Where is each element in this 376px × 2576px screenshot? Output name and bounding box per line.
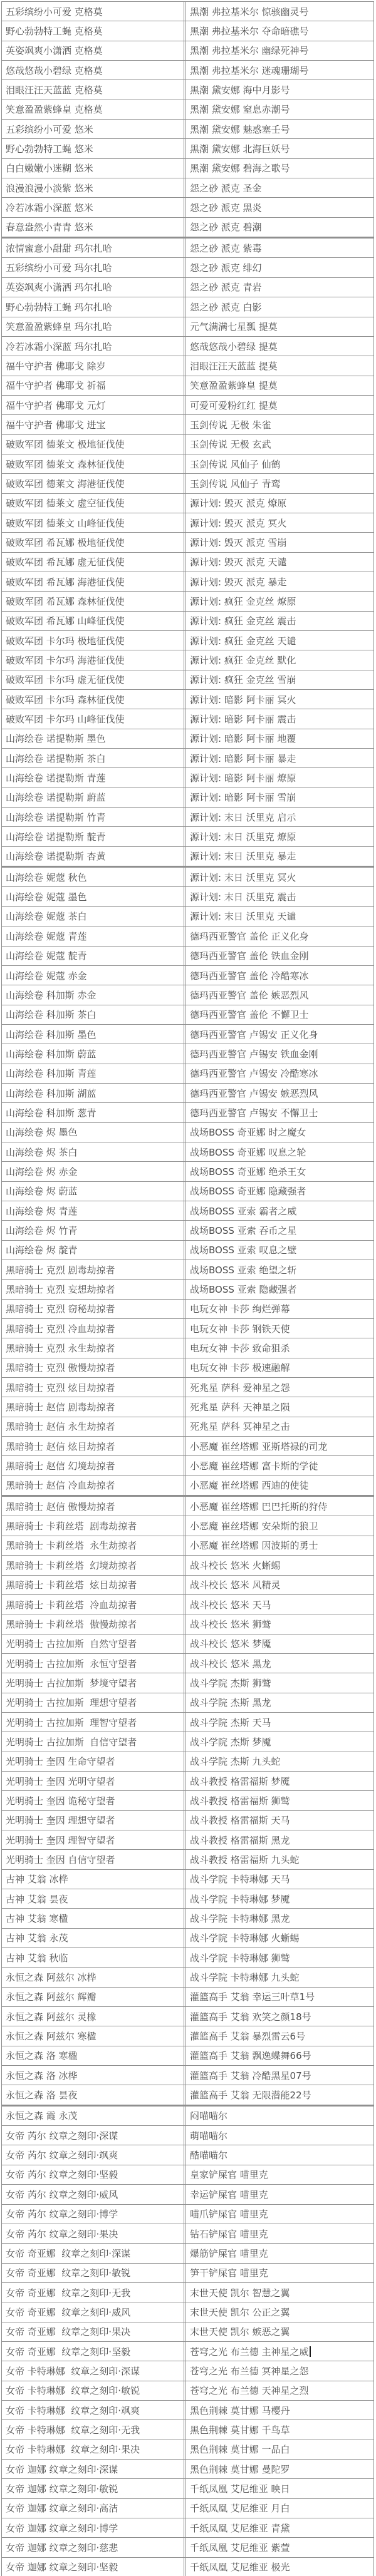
left-name-cell[interactable]: 破败军团 希瓦娜 海港征伐使	[1, 572, 184, 591]
left-name-cell[interactable]: 女帝 迦娜 纹章之刻印·慈悲	[1, 2538, 184, 2557]
left-name-cell[interactable]: 山海绘卷 妮蔻 秋色	[1, 868, 184, 886]
right-name-cell[interactable]: 源计划: 末日 沃里克 暴走	[185, 847, 374, 866]
left-name-cell[interactable]: 黑暗骑士 卡莉丝塔 永生劫掠者	[1, 1536, 184, 1555]
right-name-cell[interactable]: 战斗校长 悠米 黑龙	[185, 1654, 374, 1673]
right-name-cell[interactable]: 战斗教授 格雷福斯 狮鹫	[185, 1791, 374, 1810]
left-name-cell[interactable]: 女帝 芮尔 纹章之刻印·威风	[1, 2185, 184, 2204]
left-name-cell[interactable]: 黑暗骑士 卡莉丝塔 冷血劫掠者	[1, 1595, 184, 1614]
table-row: 破败军团 卡尔玛 虚无征伐使源计划: 疯狂 金克丝 雪崩	[1, 670, 374, 690]
right-name-cell[interactable]: 电玩女神 卡莎 致命狙杀	[185, 1338, 374, 1357]
left-name-cell[interactable]: 永恒之森 洛 寒楹	[1, 2046, 184, 2065]
right-name-cell[interactable]: 黑色荆棘 莫甘娜 马樱丹	[185, 2401, 374, 2419]
table-row: 女帝 迦娜 纹章之刻印·博学千纸凤凰 艾尼维亚 青黛	[1, 2518, 374, 2538]
right-name-cell[interactable]: 源计划: 暗影 阿卡丽 震击	[185, 709, 374, 728]
left-name-cell[interactable]: 福牛守护者 佛耶戈 祈福	[1, 376, 184, 395]
right-name-cell[interactable]: 怨之砂 派克 绯幻	[185, 258, 374, 277]
left-name-cell[interactable]: 山海绘卷 科加斯 湖蓝	[1, 1084, 184, 1102]
right-name-cell[interactable]: 千纸凤凰 艾尼维亚 月白	[185, 2499, 374, 2518]
left-name-cell[interactable]: 永恒之森 阿兹尔 寒楹	[1, 2026, 184, 2045]
table-row: 悠哉悠哉小碧绿 克格莫黑潮 弗拉基米尔 迷魂珊瑚号	[1, 61, 374, 80]
right-name-cell[interactable]: 德玛西亚警官 卢锡安 冷酷寒冰	[185, 1064, 374, 1083]
left-name-cell[interactable]: 光明骑士 古拉加斯 理想守望者	[1, 1693, 184, 1712]
left-name-cell[interactable]: 光明骑士 古拉加斯 理智守望者	[1, 1713, 184, 1732]
right-name-cell[interactable]: 怨之砂 派克 白影	[185, 297, 374, 316]
left-name-cell[interactable]: 女帝 迦娜 纹章之刻印·高洁	[1, 2499, 184, 2518]
left-name-cell[interactable]: 山海绘卷 科加斯 葱青	[1, 1103, 184, 1122]
right-name-cell[interactable]: 小恶魔 崔丝塔娜 因波斯的勇士	[185, 1536, 374, 1555]
right-name-cell[interactable]: 笋干铲屎官 喵里克	[185, 2264, 374, 2282]
right-name-cell[interactable]: 战场BOSS 奇亚娜 叹息之轮	[185, 1142, 374, 1161]
left-name-cell[interactable]: 五彩缤纷小可爱 玛尔扎哈	[1, 258, 184, 277]
right-name-cell[interactable]: 战斗学院 杰斯 黑龙	[185, 1693, 374, 1712]
right-name-cell[interactable]: 战斗学院 卡特琳娜 黑龙	[185, 1909, 374, 1927]
left-name-cell[interactable]: 浪漫浪漫小淡紫 悠米	[1, 178, 184, 197]
left-name-cell[interactable]: 山海绘卷 诺提勒斯 杏黄	[1, 847, 184, 866]
right-name-cell[interactable]: 德玛西亚警官 盖伦 不懈卫士	[185, 1005, 374, 1024]
left-name-cell[interactable]: 女帝 卡特琳娜 纹章之刻印·敏锐	[1, 2381, 184, 2400]
left-name-cell[interactable]: 女帝 卡特琳娜 纹章之刻印·飒爽	[1, 2401, 184, 2419]
right-name-cell[interactable]: 德玛西亚警官 盖伦 正义化身	[185, 926, 374, 945]
right-name-cell[interactable]: 黑潮 黛安娜 魅惑塞壬号	[185, 120, 374, 138]
right-name-cell[interactable]: 战场BOSS 亚索 隐藏强者	[185, 1280, 374, 1298]
left-name-cell[interactable]: 破败军团 希瓦娜 山峰征伐使	[1, 612, 184, 630]
right-name-cell[interactable]: 喵爪铲屎官 喵里克	[185, 2205, 374, 2224]
right-name-cell[interactable]: 源计划: 暗影 阿卡丽 暴走	[185, 749, 374, 767]
table-row: 女帝 迦娜 纹章之刻印·坚毅千纸凤凰 艾尼维亚 极光	[1, 2558, 374, 2576]
right-name-cell[interactable]: 源计划: 暗影 阿卡丽 雪崩	[185, 788, 374, 807]
right-name-cell[interactable]: 源计划: 末日 沃里克 震击	[185, 887, 374, 906]
left-name-cell[interactable]: 永恒之森 阿兹尔 冰桦	[1, 1968, 184, 1986]
right-name-cell[interactable]: 战斗学院 卡特琳娜 火蜥蜴	[185, 1929, 374, 1947]
right-name-cell[interactable]: 笑意盈盈紫蜂皇 提莫	[185, 376, 374, 395]
left-name-cell[interactable]: 山海绘卷 诺提勒斯 竹青	[1, 808, 184, 826]
table-row: 女帝 迦娜 纹章之刻印·高洁千纸凤凰 艾尼维亚 月白	[1, 2499, 374, 2518]
left-name-cell[interactable]: 黑暗骑士 赵信 幻境劫掠者	[1, 1456, 184, 1475]
right-name-cell[interactable]: 战斗教授 格雷福斯 黑龙	[185, 1830, 374, 1849]
left-name-cell[interactable]: 黑暗骑士 赵信 剧毒劫掠者	[1, 1397, 184, 1416]
left-name-cell[interactable]: 女帝 卡特琳娜 纹章之刻印·深谋	[1, 2361, 184, 2380]
right-name-cell[interactable]: 德玛西亚警官 卢锡安 嫉恶烈风	[185, 1084, 374, 1102]
left-name-cell[interactable]: 山海绘卷 科加斯 青莲	[1, 1064, 184, 1083]
right-name-cell[interactable]: 战场BOSS 亚索 叹息之壁	[185, 1241, 374, 1260]
right-name-cell[interactable]: 小恶魔 崔丝塔娜 巴巴托斯的狩侍	[185, 1497, 374, 1516]
left-name-cell[interactable]: 永恒之森 霞 永茂	[1, 2106, 184, 2125]
left-name-cell[interactable]: 黑暗骑士 赵信 傲慢劫掠者	[1, 1497, 184, 1516]
left-name-cell[interactable]: 山海绘卷 烬 茶白	[1, 1142, 184, 1161]
right-name-cell[interactable]: 小恶魔 崔丝塔娜 安朵斯的狼卫	[185, 1516, 374, 1535]
right-name-cell[interactable]: 黑潮 弗拉基米尔 夺命暗礁号	[185, 21, 374, 40]
left-name-cell[interactable]: 野心勃勃特工蝇 玛尔扎哈	[1, 297, 184, 316]
right-name-cell[interactable]: 源计划: 疯狂 金克丝 默化	[185, 650, 374, 669]
left-name-cell[interactable]: 破败军团 希瓦娜 极地征伐使	[1, 533, 184, 552]
left-name-cell[interactable]: 破败军团 卡尔玛 虚无征伐使	[1, 670, 184, 689]
right-name-cell[interactable]: 灌篮高手 艾翁 暴烈雷云6号	[185, 2026, 374, 2045]
left-name-cell[interactable]: 冷若冰霜小深蓝 悠米	[1, 198, 184, 217]
table-row: 黑暗骑士 克烈 傲慢劫掠者电玩女神 卡莎 极速融解	[1, 1358, 374, 1378]
right-name-cell[interactable]: 黑潮 弗拉基米尔 迷魂珊瑚号	[185, 61, 374, 80]
left-name-cell[interactable]: 黑暗骑士 赵信 永生劫掠者	[1, 1417, 184, 1436]
table-row: 破败军团 德莱文 山峰征伐使源计划: 毁灭 派克 冥火	[1, 513, 374, 533]
left-name-cell[interactable]: 永恒之森 洛 冰桦	[1, 2066, 184, 2085]
right-name-cell[interactable]: 怨之砂 派克 碧潮	[185, 218, 374, 237]
table-row: 五彩缤纷小可爱 克格莫黑潮 弗拉基米尔 惊骇幽灵号	[1, 2, 374, 21]
left-name-cell[interactable]: 破败军团 希瓦娜 虚无征伐使	[1, 553, 184, 572]
left-name-cell[interactable]: 山海绘卷 烬 青莲	[1, 1201, 184, 1220]
left-name-cell[interactable]: 女帝 迦娜 纹章之刻印·敏锐	[1, 2479, 184, 2498]
right-name-cell[interactable]: 战场BOSS 奇亚娜 绝杀王女	[185, 1162, 374, 1181]
left-name-cell[interactable]: 女帝 芮尔 纹章之刻印·坚毅	[1, 2165, 184, 2184]
left-name-cell[interactable]: 山海绘卷 诺提勒斯 靛青	[1, 827, 184, 846]
table-row: 山海绘卷 诺提勒斯 茶白源计划: 暗影 阿卡丽 暴走	[1, 749, 374, 768]
table-row: 野心勃勃特工蝇 克格莫黑潮 弗拉基米尔 夺命暗礁号	[1, 21, 374, 41]
right-name-cell[interactable]: 小恶魔 崔丝塔娜 西迪的使徒	[185, 1476, 374, 1495]
table-row: 破败军团 希瓦娜 森林征伐使源计划: 疯狂 金克丝 燎原	[1, 592, 374, 611]
right-name-cell[interactable]: 源计划: 末日 沃里克 燎原	[185, 827, 374, 846]
left-name-cell[interactable]: 光明骑士 古拉加斯 自信守望者	[1, 1732, 184, 1751]
left-name-cell[interactable]: 破败军团 德莱文 虚空征伐使	[1, 494, 184, 513]
right-name-cell[interactable]: 黑色荆棘 莫甘娜 一品白	[185, 2440, 374, 2459]
table-row: 山海绘卷 烬 青莲战场BOSS 亚索 霸者之威	[1, 1201, 374, 1221]
right-name-cell[interactable]: 小恶魔 崔丝塔娜 亚斯塔禄的司龙	[185, 1437, 374, 1455]
right-name-cell[interactable]: 末世天使 凯尔 智慧之翼	[185, 2283, 374, 2302]
right-name-cell[interactable]: 战斗教授 格雷福斯 天马	[185, 1811, 374, 1830]
left-name-cell[interactable]: 女帝 卡特琳娜 纹章之刻印·无我	[1, 2420, 184, 2439]
right-name-cell[interactable]: 灌篮高手 艾翁 冷酷黑星07号	[185, 2066, 374, 2085]
right-name-cell[interactable]: 千纸凤凰 艾尼维亚 紫萱	[185, 2538, 374, 2557]
right-name-cell[interactable]: 闷喵喵尔	[185, 2106, 374, 2125]
right-name-cell[interactable]: 玉剑传说 无极 朱雀	[185, 415, 374, 434]
table-row: 永恒之森 霞 永茂闷喵喵尔	[1, 2105, 374, 2126]
left-name-cell[interactable]: 白白嫩嫩小迷糊 悠米	[1, 159, 184, 178]
right-name-cell[interactable]: 苍穹之光 布兰德 冥神星之怨	[185, 2361, 374, 2380]
right-name-cell[interactable]: 皇家铲屎官 喵里克	[185, 2165, 374, 2184]
table-row: 山海绘卷 烬 竹青战场BOSS 亚索 吞币之星	[1, 1221, 374, 1240]
left-name-cell[interactable]: 破败军团 希瓦娜 森林征伐使	[1, 592, 184, 610]
right-name-cell[interactable]: 战斗校长 悠米 风精灵	[185, 1576, 374, 1594]
left-name-cell[interactable]: 黑暗骑士 克烈 傲慢劫掠者	[1, 1358, 184, 1377]
right-name-cell[interactable]: 怨之砂 派克 圣金	[185, 178, 374, 197]
left-name-cell[interactable]: 古神 艾翁 寒楹	[1, 1909, 184, 1927]
table-row: 山海绘卷 诺提勒斯 墨色源计划: 暗影 阿卡丽 地覆	[1, 729, 374, 749]
table-row: 破败军团 希瓦娜 极地征伐使源计划: 毁灭 派克 雪崩	[1, 533, 374, 552]
right-name-cell[interactable]: 玉剑传说 无极 玄武	[185, 435, 374, 454]
right-name-cell[interactable]: 源计划: 毁灭 派克 燎原	[185, 494, 374, 513]
right-name-cell[interactable]: 战斗教授 格雷福斯 九头蛇	[185, 1850, 374, 1869]
left-name-cell[interactable]: 春意盎然小青青 悠米	[1, 218, 184, 237]
left-name-cell[interactable]: 光明骑士 古拉加斯 梦境守望者	[1, 1673, 184, 1692]
right-name-cell[interactable]: 战斗校长 悠米 狮鹫	[185, 1614, 374, 1633]
left-name-cell[interactable]: 黑暗骑士 克烈 冷血劫掠者	[1, 1319, 184, 1338]
left-name-cell[interactable]: 笑意盈盈紫蜂皇 克格莫	[1, 100, 184, 119]
left-name-cell[interactable]: 山海绘卷 妮蔻 墨色	[1, 887, 184, 906]
left-name-cell[interactable]: 山海绘卷 诺提勒斯 茶白	[1, 749, 184, 767]
right-name-cell[interactable]: 德玛西亚警官 盖伦 冷酷寒冰	[185, 966, 374, 985]
right-name-cell[interactable]: 灌篮高手 艾翁 幸运三叶草1号	[185, 1988, 374, 2006]
right-name-cell[interactable]: 源计划: 末日 沃里克 冥火	[185, 868, 374, 886]
left-name-cell[interactable]: 女帝 卡特琳娜 纹章之刻印·果决	[1, 2440, 184, 2459]
left-name-cell[interactable]: 女帝 芮尔 纹章之刻印·博学	[1, 2205, 184, 2224]
right-name-cell[interactable]: 黑潮 弗拉基米尔 惊骇幽灵号	[185, 2, 374, 21]
left-name-cell[interactable]: 女帝 迦娜 纹章之刻印·博学	[1, 2518, 184, 2537]
right-name-cell[interactable]: 黑色荆棘 莫甘娜 曼陀罗	[185, 2460, 374, 2478]
left-name-cell[interactable]: 永恒之森 阿兹尔 辉瓣	[1, 1988, 184, 2006]
table-row: 女帝 奇亚娜 纹章之刻印·果决末世天使 凯尔 嫉恶之翼	[1, 2322, 374, 2342]
left-name-cell[interactable]: 山海绘卷 烬 蔚蓝	[1, 1182, 184, 1201]
right-name-cell[interactable]: 德玛西亚警官 卢锡安 不懈卫士	[185, 1103, 374, 1122]
right-name-cell[interactable]: 战斗学院 卡特琳娜 九头蛇	[185, 1968, 374, 1986]
table-row: 山海绘卷 诺提勒斯 青莲源计划: 暗影 阿卡丽 燎原	[1, 768, 374, 788]
right-name-cell[interactable]: 战场BOSS 亚索 吞币之星	[185, 1221, 374, 1239]
left-name-cell[interactable]: 山海绘卷 烬 靛青	[1, 1241, 184, 1260]
right-name-cell[interactable]: 死兆星 萨科 冥神星之击	[185, 1417, 374, 1436]
table-row: 浓情蜜意小甜甜 玛尔扎哈怨之砂 派克 紫毒	[1, 237, 374, 258]
right-name-cell[interactable]: 源计划: 毁灭 派克 暴走	[185, 572, 374, 591]
table-row: 山海绘卷 科加斯 茶白德玛西亚警官 盖伦 不懈卫士	[1, 1005, 374, 1025]
left-name-cell[interactable]: 山海绘卷 科加斯 赤金	[1, 985, 184, 1004]
right-name-cell[interactable]: 怨之砂 派克 紫毒	[185, 239, 374, 257]
left-name-cell[interactable]: 古神 艾翁 秋临	[1, 1948, 184, 1967]
right-name-cell[interactable]: 死兆星 萨科 爱神星之怨	[185, 1378, 374, 1397]
left-name-cell[interactable]: 福牛守护者 佛耶戈 除岁	[1, 356, 184, 375]
right-name-cell[interactable]: 德玛西亚警官 盖伦 铁血金刚	[185, 947, 374, 965]
right-name-cell[interactable]: 泪眼汪汪天蓝蓝 提莫	[185, 356, 374, 375]
left-name-cell[interactable]: 破败军团 德莱文 山峰征伐使	[1, 513, 184, 532]
left-name-cell[interactable]: 五彩缤纷小可爱 克格莫	[1, 2, 184, 21]
right-name-cell[interactable]: 钻石铲屎官 喵里克	[185, 2224, 374, 2243]
left-name-cell[interactable]: 黑暗骑士 赵信 炫目劫掠者	[1, 1437, 184, 1455]
table-row: 山海绘卷 烬 靛青战场BOSS 亚索 叹息之壁	[1, 1241, 374, 1260]
left-name-cell[interactable]: 光明骑士 奎因 生命守望者	[1, 1752, 184, 1771]
left-name-cell[interactable]: 浓情蜜意小甜甜 玛尔扎哈	[1, 239, 184, 257]
left-name-cell[interactable]: 黑暗骑士 克烈 妄想劫掠者	[1, 1280, 184, 1298]
left-name-cell[interactable]: 女帝 迦娜 纹章之刻印·深谋	[1, 2460, 184, 2478]
left-name-cell[interactable]: 山海绘卷 妮蔻 赤金	[1, 966, 184, 985]
left-name-cell[interactable]: 光明骑士 奎因 自信守望者	[1, 1850, 184, 1869]
right-name-cell[interactable]: 黑潮 黛安娜 碧海之歌号	[185, 159, 374, 178]
right-name-cell[interactable]: 悠哉悠哉小碧绿 提莫	[185, 337, 374, 356]
left-name-cell[interactable]: 女帝 芮尔 纹章之刻印·深谋	[1, 2126, 184, 2145]
left-name-cell[interactable]: 山海绘卷 烬 赤金	[1, 1162, 184, 1181]
left-name-cell[interactable]: 黑暗骑士 卡莉丝塔 幻境劫掠者	[1, 1556, 184, 1574]
left-name-cell[interactable]: 破败军团 卡尔玛 森林征伐使	[1, 690, 184, 709]
table-row: 黑暗骑士 克烈 永生劫掠者电玩女神 卡莎 致命狙杀	[1, 1338, 374, 1358]
right-name-cell[interactable]: 源计划: 疯狂 金克丝 雪崩	[185, 670, 374, 689]
left-name-cell[interactable]: 山海绘卷 烬 墨色	[1, 1123, 184, 1142]
left-name-cell[interactable]: 黑暗骑士 克烈 炫目劫掠者	[1, 1378, 184, 1397]
right-name-cell[interactable]: 玉剑传说 风仙子 青鸾	[185, 474, 374, 493]
right-name-cell[interactable]: 萌喵喵尔	[185, 2126, 374, 2145]
right-name-cell[interactable]: 灌篮高手 艾翁 飘逸蝶舞66号	[185, 2046, 374, 2065]
left-name-cell[interactable]: 女帝 奇亚娜 纹章之刻印·无我	[1, 2283, 184, 2302]
left-name-cell[interactable]: 破败军团 卡尔玛 极地征伐使	[1, 631, 184, 650]
right-name-cell[interactable]: 战场BOSS 亚索 霸者之威	[185, 1201, 374, 1220]
right-name-cell[interactable]: 战斗学院 杰斯 狮鹫	[185, 1673, 374, 1692]
right-name-cell[interactable]: 战斗校长 悠米 天马	[185, 1595, 374, 1614]
left-name-cell[interactable]: 女帝 迦娜 纹章之刻印·坚毅	[1, 2558, 184, 2576]
right-name-cell[interactable]: 战斗学院 卡特琳娜 梦魇	[185, 1889, 374, 1908]
left-name-cell[interactable]: 女帝 奇亚娜 纹章之刻印·威风	[1, 2302, 184, 2321]
table-row: 女帝 奇亚娜 纹章之刻印·威风末世天使 凯尔 公正之翼	[1, 2302, 374, 2322]
left-name-cell[interactable]: 黑暗骑士 卡莉丝塔 剧毒劫掠者	[1, 1516, 184, 1535]
left-name-cell[interactable]: 野心勃勃特工蝇 悠米	[1, 139, 184, 158]
table-row: 冷若冰霜小深蓝 悠米怨之砂 派克 黑炎	[1, 198, 374, 217]
right-name-cell[interactable]: 怨之砂 派克 黑炎	[185, 198, 374, 217]
left-name-cell[interactable]: 女帝 芮尔 纹章之刻印·果决	[1, 2224, 184, 2243]
left-name-cell[interactable]: 光明骑士 奎因 光明守望者	[1, 1772, 184, 1790]
left-name-cell[interactable]: 悠哉悠哉小碧绿 克格莫	[1, 61, 184, 80]
right-name-cell[interactable]: 末世天使 凯尔 嫉恶之翼	[185, 2322, 374, 2341]
left-name-cell[interactable]: 泪眼汪汪天蓝蓝 克格莫	[1, 80, 184, 99]
left-name-cell[interactable]: 女帝 奇亚娜 纹章之刻印·深谋	[1, 2244, 184, 2262]
left-name-cell[interactable]: 破败军团 德莱文 海港征伐使	[1, 474, 184, 493]
left-name-cell[interactable]: 英姿飒爽小潇洒 玛尔扎哈	[1, 278, 184, 297]
right-name-cell[interactable]: 源计划: 毁灭 派克 冥火	[185, 513, 374, 532]
table-row: 黑暗骑士 卡莉丝塔 剧毒劫掠者小恶魔 崔丝塔娜 安朵斯的狼卫	[1, 1516, 374, 1536]
left-name-cell[interactable]: 女帝 芮尔 纹章之刻印·飒爽	[1, 2145, 184, 2164]
right-name-cell[interactable]: 战场BOSS 亚索 绝望之斩	[185, 1260, 374, 1279]
left-name-cell[interactable]: 山海绘卷 妮蔻 靛青	[1, 947, 184, 965]
left-name-cell[interactable]: 福牛守护者 佛耶戈 进宝	[1, 415, 184, 434]
left-name-cell[interactable]: 山海绘卷 妮蔻 茶白	[1, 907, 184, 926]
table-row: 光明骑士 古拉加斯 理想守望者战斗学院 杰斯 黑龙	[1, 1693, 374, 1713]
right-name-cell[interactable]: 酷喵喵尔	[185, 2145, 374, 2164]
left-name-cell[interactable]: 女帝 奇亚娜 纹章之刻印·坚毅	[1, 2342, 184, 2361]
left-name-cell[interactable]: 冷若冰霜小深蓝 玛尔扎哈	[1, 337, 184, 356]
table-row: 古神 艾翁 冰桦战斗学院 卡特琳娜 天马	[1, 1870, 374, 1889]
right-name-cell[interactable]: 战斗学院 杰斯 梦魇	[185, 1732, 374, 1751]
right-name-cell[interactable]: 战斗学院 杰斯 天马	[185, 1713, 374, 1732]
right-name-cell[interactable]: 玉剑传说 风仙子 仙鹤	[185, 454, 374, 473]
right-name-cell[interactable]: 黑潮 黛安娜 海中月影号	[185, 80, 374, 99]
right-name-cell[interactable]: 源计划: 暗影 阿卡丽 冥火	[185, 690, 374, 709]
right-name-cell[interactable]: 源计划: 疯狂 金克丝 震击	[185, 612, 374, 630]
right-name-cell[interactable]: 战斗学院 卡特琳娜 狮鹫	[185, 1948, 374, 1967]
left-name-cell[interactable]: 古神 艾翁 冰桦	[1, 1870, 184, 1889]
table-row: 古神 艾翁 永茂战斗学院 卡特琳娜 火蜥蜴	[1, 1929, 374, 1948]
right-name-cell[interactable]: 死兆星 萨科 天神星之陨	[185, 1397, 374, 1416]
left-name-cell[interactable]: 黑暗骑士 克烈 永生劫掠者	[1, 1338, 184, 1357]
right-name-cell[interactable]: 灌篮高手 艾翁 欢笑之颜18号	[185, 2007, 374, 2026]
left-name-cell[interactable]: 山海绘卷 诺提勒斯 墨色	[1, 729, 184, 748]
left-name-cell[interactable]: 山海绘卷 科加斯 墨色	[1, 1025, 184, 1044]
left-name-cell[interactable]: 破败军团 德莱文 极地征伐使	[1, 435, 184, 454]
left-name-cell[interactable]: 光明骑士 奎因 诡秘守望者	[1, 1791, 184, 1810]
right-name-cell[interactable]: 德玛西亚警官 卢锡安 正义化身	[185, 1025, 374, 1044]
left-name-cell[interactable]: 黑暗骑士 克烈 剧毒劫掠者	[1, 1260, 184, 1279]
right-name-cell[interactable]: 黑潮 黛安娜 窒息赤潮号	[185, 100, 374, 119]
right-name-cell[interactable]: 黑潮 黛安娜 北海巨妖号	[185, 139, 374, 158]
left-name-cell[interactable]: 山海绘卷 烬 竹青	[1, 1221, 184, 1239]
left-name-cell[interactable]: 破败军团 德莱文 森林征伐使	[1, 454, 184, 473]
right-name-cell[interactable]: 黑潮 弗拉基米尔 幽绿死神号	[185, 41, 374, 60]
table-row: 女帝 迦娜 纹章之刻印·深谋黑色荆棘 莫甘娜 曼陀罗	[1, 2460, 374, 2479]
left-name-cell[interactable]: 黑暗骑士 克烈 窃秘劫掠者	[1, 1300, 184, 1318]
right-name-cell[interactable]: 怨之砂 派克 青岩	[185, 278, 374, 297]
table-row: 黑暗骑士 卡莉丝塔 冷血劫掠者战斗校长 悠米 天马	[1, 1595, 374, 1614]
right-name-cell[interactable]: 小恶魔 崔丝塔娜 富卡斯的学徒	[185, 1456, 374, 1475]
right-name-cell[interactable]: 千纸凤凰 艾尼维亚 映日	[185, 2479, 374, 2498]
right-name-cell[interactable]: 源计划: 暗影 阿卡丽 燎原	[185, 768, 374, 787]
right-name-cell[interactable]: 德玛西亚警官 卢锡安 铁血金刚	[185, 1044, 374, 1063]
left-name-cell[interactable]: 山海绘卷 诺提勒斯 蔚蓝	[1, 788, 184, 807]
left-name-cell[interactable]: 山海绘卷 科加斯 茶白	[1, 1005, 184, 1024]
left-name-cell[interactable]: 永恒之森 洛 昙夜	[1, 2085, 184, 2104]
right-name-cell[interactable]: 可爱可爱粉红红 提莫	[185, 396, 374, 414]
left-name-cell[interactable]: 破败军团 卡尔玛 海港征伐使	[1, 650, 184, 669]
table-row: 福牛守护者 佛耶戈 元灯可爱可爱粉红红 提莫	[1, 396, 374, 415]
table-row: 黑暗骑士 克烈 冷血劫掠者电玩女神 卡莎 钢铁天使	[1, 1319, 374, 1338]
right-name-cell[interactable]: 源计划: 毁灭 派克 雪崩	[185, 533, 374, 552]
left-name-cell[interactable]: 女帝 奇亚娜 纹章之刻印·果决	[1, 2322, 184, 2341]
right-name-cell[interactable]: 黑色荆棘 莫甘娜 千鸟草	[185, 2420, 374, 2439]
left-name-cell[interactable]: 山海绘卷 妮蔻 青莲	[1, 926, 184, 945]
right-name-cell[interactable]: 战斗学院 杰斯 九头蛇	[185, 1752, 374, 1771]
left-name-cell[interactable]: 笑意盈盈紫蜂皇 玛尔扎哈	[1, 317, 184, 336]
left-name-cell[interactable]: 光明骑士 奎因 理智守望者	[1, 1830, 184, 1849]
right-name-cell[interactable]: 战斗校长 悠米 火蜥蜴	[185, 1556, 374, 1574]
left-name-cell[interactable]: 黑暗骑士 赵信 冷血劫掠者	[1, 1476, 184, 1495]
right-name-cell[interactable]: 战场BOSS 奇亚娜 隐藏强者	[185, 1182, 374, 1201]
left-name-cell[interactable]: 女帝 奇亚娜 纹章之刻印·敏锐	[1, 2264, 184, 2282]
table-row: 永恒之森 阿兹尔 寒楹灌篮高手 艾翁 暴烈雷云6号	[1, 2026, 374, 2046]
right-name-cell[interactable]: 源计划: 暗影 阿卡丽 地覆	[185, 729, 374, 748]
right-name-cell[interactable]: 苍穹之光 布兰德 主神星之威	[185, 2342, 374, 2361]
right-name-cell[interactable]: 德玛西亚警官 盖伦 嫉恶烈风	[185, 985, 374, 1004]
right-name-cell[interactable]: 战斗教授 格雷福斯 梦魇	[185, 1772, 374, 1790]
table-row: 光明骑士 古拉加斯 理智守望者战斗学院 杰斯 天马	[1, 1713, 374, 1732]
right-name-cell[interactable]: 源计划: 末日 沃里克 天谴	[185, 907, 374, 926]
left-name-cell[interactable]: 古神 艾翁 永茂	[1, 1929, 184, 1947]
left-name-cell[interactable]: 黑暗骑士 卡莉丝塔 炫目劫掠者	[1, 1576, 184, 1594]
right-name-cell[interactable]: 幸运铲屎官 喵里克	[185, 2185, 374, 2204]
right-name-cell[interactable]: 战斗校长 悠米 梦魇	[185, 1634, 374, 1653]
right-name-cell[interactable]: 灌篮高手 艾翁 无限潜能22号	[185, 2085, 374, 2104]
right-name-cell[interactable]: 苍穹之光 布兰德 天神星之烈	[185, 2381, 374, 2400]
right-name-cell[interactable]: 战斗学院 卡特琳娜 天马	[185, 1870, 374, 1889]
right-name-cell[interactable]: 战场BOSS 奇亚娜 时之魔女	[185, 1123, 374, 1142]
left-name-cell[interactable]: 光明骑士 奎因 理想守望者	[1, 1811, 184, 1830]
right-name-cell[interactable]: 源计划: 疯狂 金克丝 天谴	[185, 631, 374, 650]
left-name-cell[interactable]: 英姿飒爽小潇洒 克格莫	[1, 41, 184, 60]
left-name-cell[interactable]: 永恒之森 阿兹尔 灵橡	[1, 2007, 184, 2026]
left-name-cell[interactable]: 野心勃勃特工蝇 克格莫	[1, 21, 184, 40]
left-name-cell[interactable]: 光明骑士 古拉加斯 永恒守望者	[1, 1654, 184, 1673]
table-row: 破败军团 卡尔玛 极地征伐使源计划: 疯狂 金克丝 天谴	[1, 631, 374, 650]
left-name-cell[interactable]: 山海绘卷 诺提勒斯 青莲	[1, 768, 184, 787]
left-name-cell[interactable]: 五彩缤纷小可爱 悠米	[1, 120, 184, 138]
table-row: 黑暗骑士 卡莉丝塔 永生劫掠者小恶魔 崔丝塔娜 因波斯的勇士	[1, 1536, 374, 1556]
right-name-cell[interactable]: 千纸凤凰 艾尼维亚 青黛	[185, 2518, 374, 2537]
table-row: 黑暗骑士 克烈 剧毒劫掠者战场BOSS 亚索 绝望之斩	[1, 1260, 374, 1280]
right-name-cell[interactable]: 电玩女神 卡莎 极速融解	[185, 1358, 374, 1377]
left-name-cell[interactable]: 福牛守护者 佛耶戈 元灯	[1, 396, 184, 414]
left-name-cell[interactable]: 光明骑士 古拉加斯 自然守望者	[1, 1634, 184, 1653]
table-row: 山海绘卷 烬 墨色战场BOSS 奇亚娜 时之魔女	[1, 1123, 374, 1142]
left-name-cell[interactable]: 古神 艾翁 昙夜	[1, 1889, 184, 1908]
right-name-cell[interactable]: 千纸凤凰 艾尼维亚 极光	[185, 2558, 374, 2576]
right-name-cell[interactable]: 爆筋铲屎官 喵里克	[185, 2244, 374, 2262]
right-name-cell[interactable]: 源计划: 毁灭 派克 天谴	[185, 553, 374, 572]
right-name-cell[interactable]: 电玩女神 卡莎 绚烂弹幕	[185, 1300, 374, 1318]
right-name-cell[interactable]: 源计划: 疯狂 金克丝 燎原	[185, 592, 374, 610]
right-name-cell[interactable]: 元气满满七星瓢 提莫	[185, 317, 374, 336]
left-name-cell[interactable]: 山海绘卷 科加斯 蔚蓝	[1, 1044, 184, 1063]
left-name-cell[interactable]: 黑暗骑士 卡莉丝塔 傲慢劫掠者	[1, 1614, 184, 1633]
right-name-cell[interactable]: 末世天使 凯尔 公正之翼	[185, 2302, 374, 2321]
right-name-cell[interactable]: 电玩女神 卡莎 钢铁天使	[185, 1319, 374, 1338]
right-name-cell[interactable]: 源计划: 末日 沃里克 启示	[185, 808, 374, 826]
left-name-cell[interactable]: 破败军团 卡尔玛 山峰征伐使	[1, 709, 184, 728]
